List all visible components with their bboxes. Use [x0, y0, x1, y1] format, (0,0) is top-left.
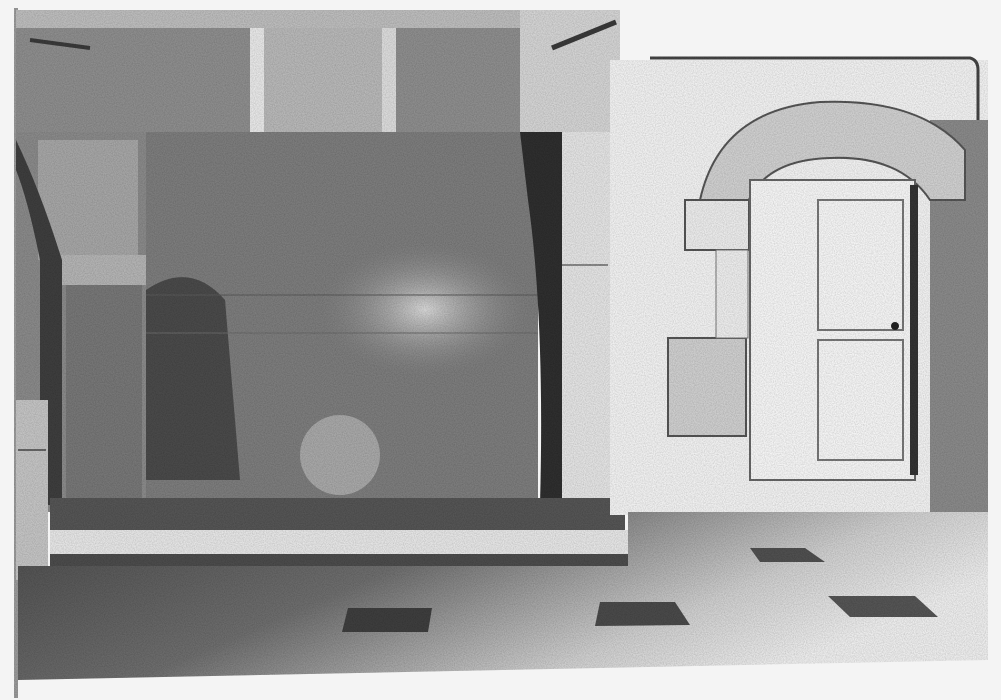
floor-tile: [342, 608, 432, 632]
interior-photograph: [0, 0, 1001, 700]
stone-lintel: [16, 10, 620, 132]
panelled-door: [750, 180, 918, 480]
floor-tile: [595, 602, 690, 626]
hearth-step: [50, 498, 628, 566]
door-knob-icon: [891, 322, 899, 330]
painted-panel: [146, 132, 545, 498]
